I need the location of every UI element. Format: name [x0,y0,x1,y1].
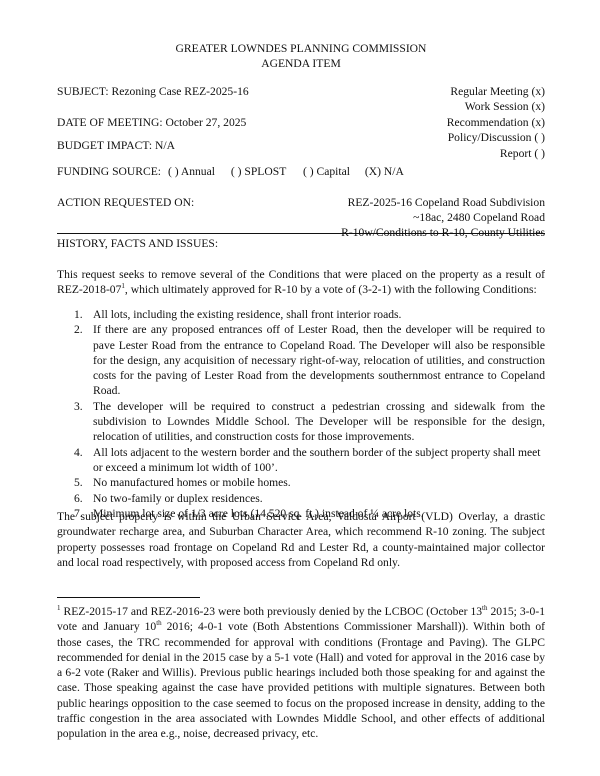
condition-item: 5.No manufactured homes or mobile homes. [57,475,545,490]
funding-option-annual: ( ) Annual [168,165,215,178]
subject-field: SUBJECT: Rezoning Case REZ-2025-16 [57,84,249,99]
date-of-meeting-field: DATE OF MEETING: October 27, 2025 [57,115,246,130]
condition-item: 1.All lots, including the existing resid… [57,307,545,322]
action-requested-line-1: REZ-2025-16 Copeland Road Subdivision [348,195,545,210]
condition-number: 2. [74,322,83,337]
meeting-type-regular: Regular Meeting (x) [450,84,545,99]
condition-number: 4. [74,445,83,460]
funding-source-label: FUNDING SOURCE: [57,165,161,178]
section-heading: HISTORY, FACTS AND ISSUES: [57,236,218,251]
property-paragraph: The subject property is within the Urban… [57,509,545,570]
footnote: 1 REZ-2015-17 and REZ-2016-23 were both … [57,604,545,742]
section-divider [57,233,545,234]
footnote-text: 2016; 4-0-1 vote (Both Abstentions Commi… [57,620,545,740]
action-requested-line-2: ~18ac, 2480 Copeland Road [413,210,545,225]
action-requested-label: ACTION REQUESTED ON: [57,195,194,210]
condition-number: 1. [74,307,83,322]
condition-number: 3. [74,399,83,414]
funding-source-field: FUNDING SOURCE: ( ) Annual ( ) SPLOST ( … [57,164,404,179]
document-type-title: AGENDA ITEM [57,56,545,71]
condition-item: 6.No two-family or duplex residences. [57,491,545,506]
funding-option-capital: ( ) Capital [303,165,350,178]
meeting-type-policy-discussion: Policy/Discussion ( ) [448,130,545,145]
intro-paragraph: This request seeks to remove several of … [57,267,545,298]
condition-item: 2.If there are any proposed entrances of… [57,322,545,398]
meeting-type-work-session: Work Session (x) [465,99,545,114]
condition-item: 4.All lots adjacent to the western borde… [57,445,545,476]
funding-option-na: (X) N/A [365,165,404,178]
intro-text-cont: , which ultimately approved for R-10 by … [125,283,537,296]
organization-title: GREATER LOWNDES PLANNING COMMISSION [57,41,545,56]
condition-text: If there are any proposed entrances off … [93,323,545,397]
condition-item: 3.The developer will be required to cons… [57,399,545,445]
condition-text: The developer will be required to constr… [93,400,545,444]
footnote-text: REZ-2015-17 and REZ-2016-23 were both pr… [61,605,483,618]
budget-impact-field: BUDGET IMPACT: N/A [57,138,175,153]
funding-option-splost: ( ) SPLOST [231,165,286,178]
conditions-list: 1.All lots, including the existing resid… [57,307,545,521]
meeting-type-recommendation: Recommendation (x) [447,115,545,130]
meeting-type-report: Report ( ) [500,146,545,161]
condition-text: All lots adjacent to the western border … [93,446,541,474]
footnote-divider [57,597,200,598]
condition-number: 5. [74,475,83,490]
condition-text: No manufactured homes or mobile homes. [93,476,291,489]
condition-number: 6. [74,491,83,506]
condition-text: All lots, including the existing residen… [93,308,401,321]
condition-text: No two-family or duplex residences. [93,492,263,505]
